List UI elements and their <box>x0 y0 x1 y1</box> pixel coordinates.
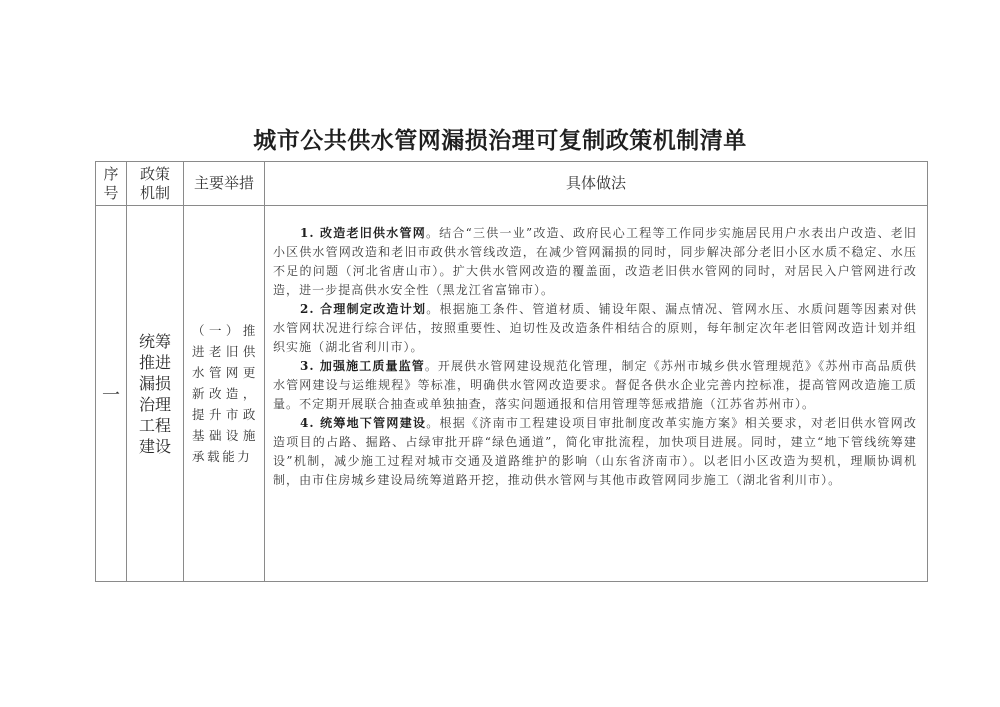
policy-mechanism: 统筹 推进 漏损 治理 工程 建设 <box>127 206 184 582</box>
practice-item-2: 2. 合理制定改造计划。根据施工条件、管道材质、铺设年限、漏点情况、管网水压、水… <box>273 300 917 357</box>
mechanism-line: 漏损 <box>127 373 183 394</box>
header-num: 序号 <box>96 162 127 206</box>
mechanism-line: 工程 <box>127 415 183 436</box>
specific-practices: 1. 改造老旧供水管网。结合“三供一业”改造、政府民心工程等工作同步实施居民用户… <box>265 206 928 582</box>
policy-table: 序号 政策机制 主要举措 具体做法 一 统筹 推进 漏损 治理 工程 建设 （一… <box>95 161 928 582</box>
mechanism-line: 建设 <box>127 436 183 457</box>
mechanism-line: 推进 <box>127 352 183 373</box>
practice-item-4: 4. 统筹地下管网建设。根据《济南市工程建设项目审批制度改革实施方案》相关要求，… <box>273 414 917 490</box>
header-mechanism: 政策机制 <box>127 162 184 206</box>
practice-heading: 3. 加强施工质量监管 <box>300 359 425 373</box>
header-detail: 具体做法 <box>265 162 928 206</box>
document-title: 城市公共供水管网漏损治理可复制政策机制清单 <box>0 122 1000 155</box>
main-measure: （一）推进老旧供水管网更新改造，提升市政基础设施承载能力 <box>184 206 265 582</box>
mechanism-line: 治理 <box>127 394 183 415</box>
practice-heading: 4. 统筹地下管网建设 <box>300 416 426 430</box>
table-row: 一 统筹 推进 漏损 治理 工程 建设 （一）推进老旧供水管网更新改造，提升市政… <box>96 206 928 582</box>
row-number: 一 <box>96 206 127 582</box>
header-measure: 主要举措 <box>184 162 265 206</box>
practice-heading: 1. 改造老旧供水管网 <box>300 226 426 240</box>
practice-item-3: 3. 加强施工质量监管。开展供水管网建设规范化管理，制定《苏州市城乡供水管理规范… <box>273 357 917 414</box>
practice-item-1: 1. 改造老旧供水管网。结合“三供一业”改造、政府民心工程等工作同步实施居民用户… <box>273 224 917 300</box>
practice-heading: 2. 合理制定改造计划 <box>300 302 426 316</box>
mechanism-line: 统筹 <box>127 331 183 352</box>
table-header-row: 序号 政策机制 主要举措 具体做法 <box>96 162 928 206</box>
